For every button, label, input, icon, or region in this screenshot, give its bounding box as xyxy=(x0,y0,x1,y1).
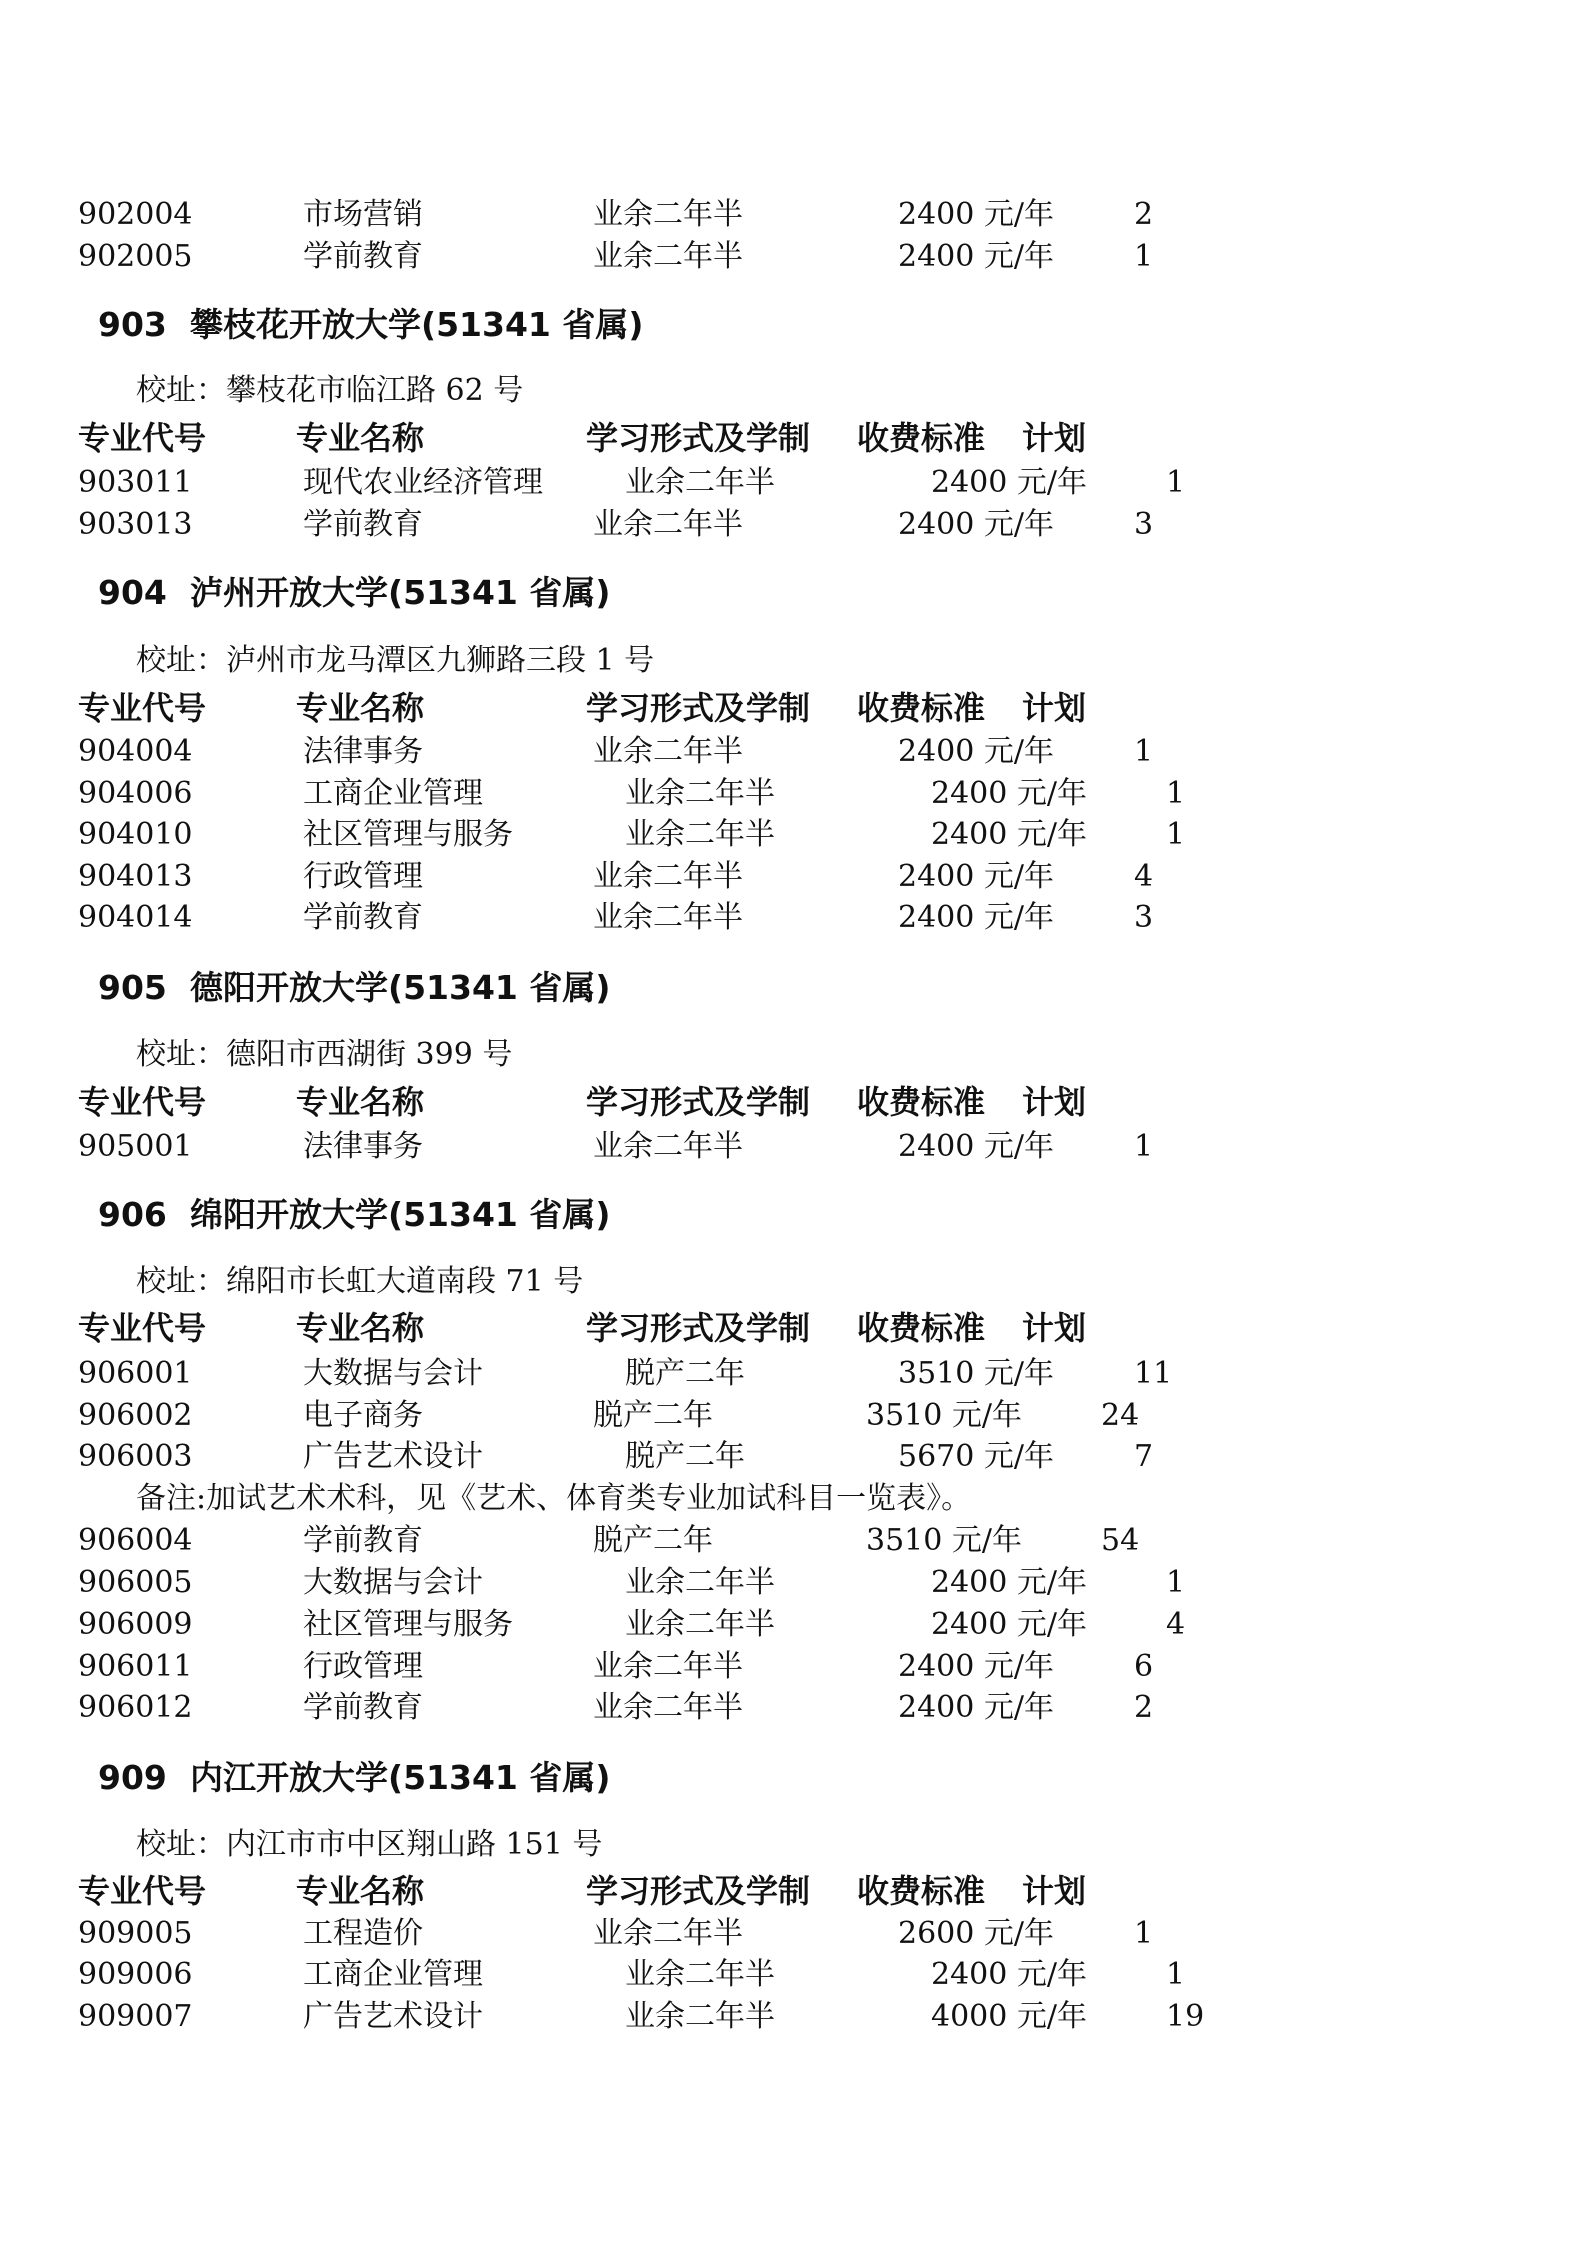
fee: 5670 元/年 xyxy=(898,1442,1054,1472)
fee: 2400 元/年 xyxy=(898,242,1054,272)
note-text: 备注:加试艺术术科，见《艺术、体育类专业加试科目一览表》。 xyxy=(136,1484,971,1514)
major-name: 广告艺术设计 xyxy=(303,2002,483,2032)
fee: 3510 元/年 xyxy=(866,1401,1022,1431)
study-mode: 业余二年半 xyxy=(625,468,775,498)
header-mode: 学习形式及学制 xyxy=(586,1086,810,1118)
school-address: 校址：德阳市西湖街 399 号 xyxy=(136,1040,512,1070)
fee: 3510 元/年 xyxy=(898,1359,1054,1389)
fee: 2600 元/年 xyxy=(898,1919,1054,1949)
header-name: 专业名称 xyxy=(296,1312,424,1344)
header-name: 专业名称 xyxy=(296,692,424,724)
school-address: 校址：攀枝花市临江路 62 号 xyxy=(136,376,523,406)
header-code: 专业代号 xyxy=(78,1086,206,1118)
study-mode: 业余二年半 xyxy=(625,1610,775,1640)
major-code: 904004 xyxy=(78,737,193,767)
plan-count: 24 xyxy=(1101,1401,1139,1431)
header-mode: 学习形式及学制 xyxy=(586,1312,810,1344)
plan-count: 1 xyxy=(1134,1919,1153,1949)
school-code: 906 xyxy=(98,1198,167,1231)
major-name: 法律事务 xyxy=(303,737,423,767)
major-code: 906011 xyxy=(78,1652,193,1682)
fee: 2400 元/年 xyxy=(898,903,1054,933)
major-name: 电子商务 xyxy=(303,1401,423,1431)
header-fee: 收费标准 xyxy=(857,1875,985,1907)
plan-count: 11 xyxy=(1134,1359,1172,1389)
major-code: 905001 xyxy=(78,1132,193,1162)
study-mode: 业余二年半 xyxy=(593,200,743,230)
major-name: 工商企业管理 xyxy=(303,779,483,809)
school-code: 903 xyxy=(98,308,167,341)
fee: 4000 元/年 xyxy=(931,2002,1087,2032)
major-name: 法律事务 xyxy=(303,1132,423,1162)
study-mode: 业余二年半 xyxy=(625,2002,775,2032)
major-code: 904010 xyxy=(78,820,193,850)
major-name: 学前教育 xyxy=(303,242,423,272)
study-mode: 业余二年半 xyxy=(625,1568,775,1598)
study-mode: 业余二年半 xyxy=(593,1132,743,1162)
major-code: 906012 xyxy=(78,1693,193,1723)
plan-count: 1 xyxy=(1166,820,1185,850)
fee: 2400 元/年 xyxy=(898,200,1054,230)
major-code: 906002 xyxy=(78,1401,193,1431)
plan-count: 4 xyxy=(1166,1610,1185,1640)
major-code: 909006 xyxy=(78,1960,193,1990)
major-code: 903011 xyxy=(78,468,193,498)
study-mode: 脱产二年 xyxy=(625,1359,745,1389)
major-name: 社区管理与服务 xyxy=(303,820,513,850)
header-mode: 学习形式及学制 xyxy=(586,422,810,454)
fee: 2400 元/年 xyxy=(931,820,1087,850)
major-code: 906005 xyxy=(78,1568,193,1598)
plan-count: 6 xyxy=(1134,1652,1153,1682)
fee: 2400 元/年 xyxy=(898,1652,1054,1682)
school-address: 校址：内江市市中区翔山路 151 号 xyxy=(136,1830,602,1860)
major-name: 学前教育 xyxy=(303,1526,423,1556)
major-name: 现代农业经济管理 xyxy=(303,468,543,498)
header-name: 专业名称 xyxy=(296,1086,424,1118)
plan-count: 7 xyxy=(1134,1442,1153,1472)
major-name: 工商企业管理 xyxy=(303,1960,483,1990)
school-address: 校址：绵阳市长虹大道南段 71 号 xyxy=(136,1267,583,1297)
study-mode: 业余二年半 xyxy=(593,1919,743,1949)
major-name: 广告艺术设计 xyxy=(303,1442,483,1472)
major-name: 社区管理与服务 xyxy=(303,1610,513,1640)
fee: 2400 元/年 xyxy=(898,737,1054,767)
header-name: 专业名称 xyxy=(296,1875,424,1907)
major-code: 904013 xyxy=(78,862,193,892)
major-name: 行政管理 xyxy=(303,862,423,892)
study-mode: 业余二年半 xyxy=(625,779,775,809)
fee: 2400 元/年 xyxy=(898,510,1054,540)
fee: 2400 元/年 xyxy=(931,1960,1087,1990)
header-code: 专业代号 xyxy=(78,1312,206,1344)
major-code: 902004 xyxy=(78,200,193,230)
major-code: 904014 xyxy=(78,903,193,933)
major-code: 906009 xyxy=(78,1610,193,1640)
school-address: 校址：泸州市龙马潭区九狮路三段 1 号 xyxy=(136,646,654,676)
school-code: 904 xyxy=(98,576,167,609)
school-name: 绵阳开放大学(51341 省属) xyxy=(190,1198,610,1231)
major-code: 906003 xyxy=(78,1442,193,1472)
study-mode: 脱产二年 xyxy=(625,1442,745,1472)
header-plan: 计划 xyxy=(1022,1875,1086,1907)
study-mode: 业余二年半 xyxy=(593,1693,743,1723)
study-mode: 业余二年半 xyxy=(593,1652,743,1682)
plan-count: 3 xyxy=(1134,510,1153,540)
major-name: 市场营销 xyxy=(303,200,423,230)
school-name: 泸州开放大学(51341 省属) xyxy=(190,576,610,609)
plan-count: 1 xyxy=(1166,1960,1185,1990)
school-name: 攀枝花开放大学(51341 省属) xyxy=(190,308,643,341)
study-mode: 业余二年半 xyxy=(593,862,743,892)
header-mode: 学习形式及学制 xyxy=(586,692,810,724)
header-plan: 计划 xyxy=(1022,1312,1086,1344)
plan-count: 2 xyxy=(1134,1693,1153,1723)
fee: 2400 元/年 xyxy=(898,1132,1054,1162)
major-code: 904006 xyxy=(78,779,193,809)
major-name: 学前教育 xyxy=(303,903,423,933)
header-fee: 收费标准 xyxy=(857,692,985,724)
header-code: 专业代号 xyxy=(78,422,206,454)
plan-count: 19 xyxy=(1166,2002,1204,2032)
school-name: 内江开放大学(51341 省属) xyxy=(190,1761,610,1794)
fee: 2400 元/年 xyxy=(931,1568,1087,1598)
major-code: 906001 xyxy=(78,1359,193,1389)
major-code: 902005 xyxy=(78,242,193,272)
header-code: 专业代号 xyxy=(78,1875,206,1907)
school-code: 909 xyxy=(98,1761,167,1794)
header-fee: 收费标准 xyxy=(857,422,985,454)
study-mode: 脱产二年 xyxy=(593,1526,713,1556)
major-name: 学前教育 xyxy=(303,510,423,540)
major-code: 906004 xyxy=(78,1526,193,1556)
fee: 2400 元/年 xyxy=(931,1610,1087,1640)
header-code: 专业代号 xyxy=(78,692,206,724)
study-mode: 业余二年半 xyxy=(625,1960,775,1990)
plan-count: 54 xyxy=(1101,1526,1139,1556)
major-code: 903013 xyxy=(78,510,193,540)
study-mode: 业余二年半 xyxy=(593,903,743,933)
header-mode: 学习形式及学制 xyxy=(586,1875,810,1907)
plan-count: 4 xyxy=(1134,862,1153,892)
header-plan: 计划 xyxy=(1022,422,1086,454)
major-name: 学前教育 xyxy=(303,1693,423,1723)
plan-count: 3 xyxy=(1134,903,1153,933)
fee: 2400 元/年 xyxy=(898,1693,1054,1723)
fee: 2400 元/年 xyxy=(931,779,1087,809)
plan-count: 1 xyxy=(1134,242,1153,272)
major-name: 大数据与会计 xyxy=(303,1359,483,1389)
plan-count: 1 xyxy=(1134,737,1153,767)
major-code: 909005 xyxy=(78,1919,193,1949)
plan-count: 1 xyxy=(1166,468,1185,498)
major-name: 行政管理 xyxy=(303,1652,423,1682)
fee: 3510 元/年 xyxy=(866,1526,1022,1556)
plan-count: 1 xyxy=(1134,1132,1153,1162)
major-code: 909007 xyxy=(78,2002,193,2032)
study-mode: 业余二年半 xyxy=(593,510,743,540)
major-name: 大数据与会计 xyxy=(303,1568,483,1598)
header-fee: 收费标准 xyxy=(857,1312,985,1344)
header-plan: 计划 xyxy=(1022,1086,1086,1118)
header-name: 专业名称 xyxy=(296,422,424,454)
school-code: 905 xyxy=(98,971,167,1004)
fee: 2400 元/年 xyxy=(898,862,1054,892)
study-mode: 脱产二年 xyxy=(593,1401,713,1431)
study-mode: 业余二年半 xyxy=(593,737,743,767)
plan-count: 1 xyxy=(1166,779,1185,809)
major-name: 工程造价 xyxy=(303,1919,423,1949)
plan-count: 2 xyxy=(1134,200,1153,230)
school-name: 德阳开放大学(51341 省属) xyxy=(190,971,610,1004)
fee: 2400 元/年 xyxy=(931,468,1087,498)
header-plan: 计划 xyxy=(1022,692,1086,724)
header-fee: 收费标准 xyxy=(857,1086,985,1118)
study-mode: 业余二年半 xyxy=(625,820,775,850)
plan-count: 1 xyxy=(1166,1568,1185,1598)
study-mode: 业余二年半 xyxy=(593,242,743,272)
